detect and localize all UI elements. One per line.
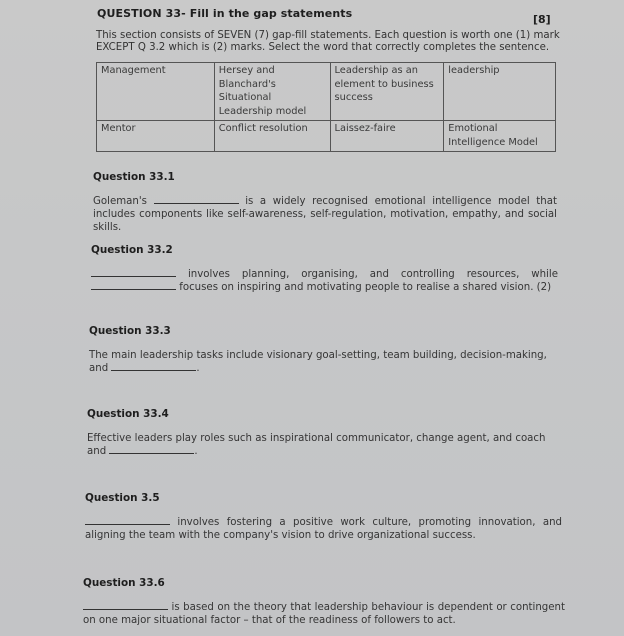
question-text: involves planning, organising, and contr…	[91, 268, 558, 294]
question-33-6: Question 33.6 is based on the theory tha…	[83, 577, 565, 627]
question-33-1: Question 33.1 Goleman's is a widely reco…	[93, 171, 557, 234]
word-bank-row: Management Hersey and Blanchard's Situat…	[97, 63, 556, 121]
question-text: is based on the theory that leadership b…	[83, 601, 565, 627]
word-bank-cell: Leadership as an element to business suc…	[330, 63, 444, 121]
question-33-3: Question 33.3 The main leadership tasks …	[89, 325, 559, 375]
answer-blank[interactable]	[111, 362, 196, 371]
question-3-5: Question 3.5 involves fostering a positi…	[85, 492, 562, 542]
question-heading: Question 3.5	[85, 492, 562, 504]
word-bank-cell: Laissez-faire	[330, 121, 444, 152]
word-bank-cell: Management	[97, 63, 215, 121]
answer-blank-2[interactable]	[91, 281, 176, 290]
question-text: Effective leaders play roles such as ins…	[87, 432, 562, 458]
question-heading: Question 33.4	[87, 408, 562, 420]
answer-blank[interactable]	[83, 601, 168, 610]
section-instructions: This section consists of SEVEN (7) gap-f…	[96, 30, 562, 54]
word-bank-table: Management Hersey and Blanchard's Situat…	[96, 62, 556, 152]
word-bank-cell: leadership	[444, 63, 556, 121]
question-heading: Question 33.3	[89, 325, 559, 337]
word-bank-option: Hersey and Blanchard's Situational Leade…	[219, 65, 306, 117]
answer-blank-1[interactable]	[91, 268, 176, 277]
answer-blank[interactable]	[109, 445, 194, 454]
answer-blank[interactable]	[154, 195, 239, 204]
exam-page: QUESTION 33- Fill in the gap statements …	[0, 0, 624, 636]
word-bank-row: Mentor Conflict resolution Laissez-faire…	[97, 121, 556, 152]
question-text-after: .	[196, 363, 199, 374]
question-33-4: Question 33.4 Effective leaders play rol…	[87, 408, 562, 458]
word-bank-cell: Emotional Intelligence Model	[444, 121, 556, 152]
question-text-part2: focuses on inspiring and motivating peop…	[179, 282, 551, 293]
word-bank-cell: Conflict resolution	[214, 121, 330, 152]
question-33-2: Question 33.2 involves planning, organis…	[91, 244, 558, 294]
question-text-before: Goleman's	[93, 196, 147, 207]
question-text-after: .	[194, 446, 197, 457]
question-text: The main leadership tasks include vision…	[89, 349, 559, 375]
section-title: QUESTION 33- Fill in the gap statements	[97, 7, 352, 20]
question-heading: Question 33.6	[83, 577, 565, 589]
question-heading: Question 33.1	[93, 171, 557, 183]
question-text-part1: involves planning, organising, and contr…	[188, 269, 558, 280]
question-text: involves fostering a positive work cultu…	[85, 516, 562, 542]
question-text: Goleman's is a widely recognised emotion…	[93, 195, 557, 234]
answer-blank[interactable]	[85, 516, 170, 525]
section-marks: [8]	[533, 13, 551, 26]
question-heading: Question 33.2	[91, 244, 558, 256]
word-bank-cell: Mentor	[97, 121, 215, 152]
word-bank-cell: Hersey and Blanchard's Situational Leade…	[214, 63, 330, 121]
